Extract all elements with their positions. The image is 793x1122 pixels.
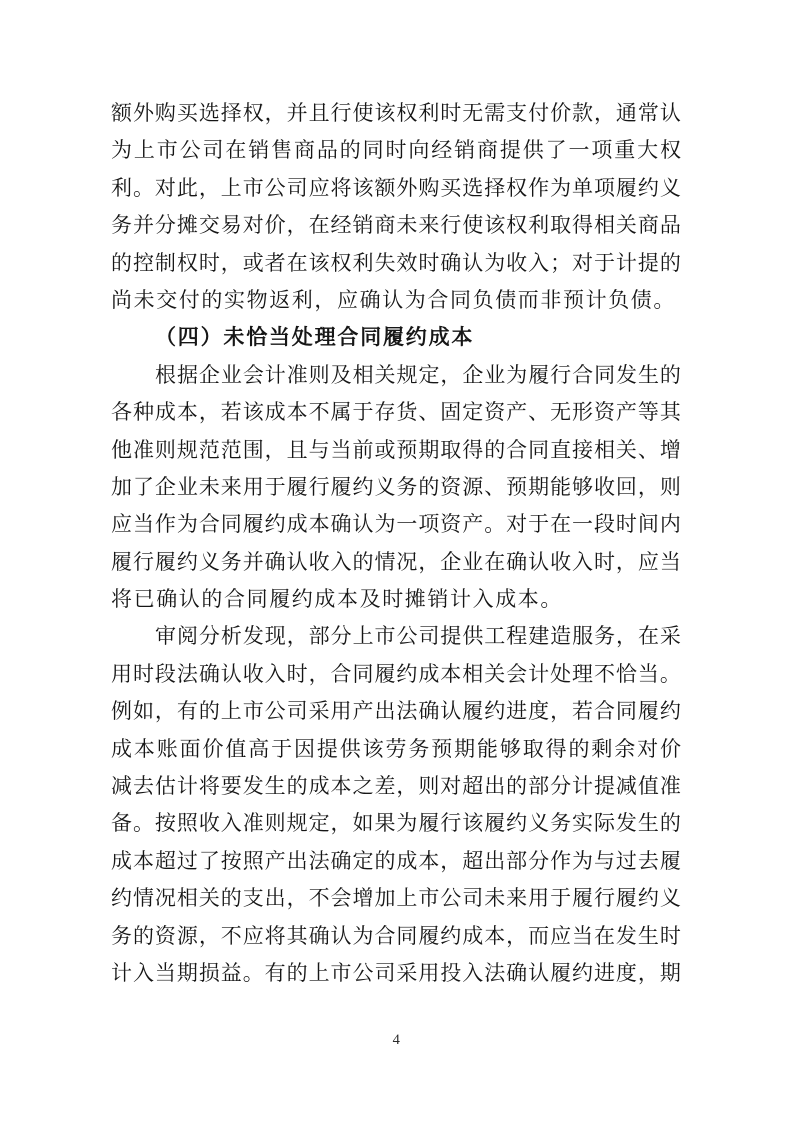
text-line: 约情况相关的支出，不会增加上市公司未来用于履行履约义 — [111, 880, 681, 917]
section-heading: （四）未恰当处理合同履约成本 — [111, 319, 681, 356]
text-line: 将已确认的合同履约成本及时摊销计入成本。 — [111, 581, 681, 618]
text-line: 各种成本，若该成本不属于存货、固定资产、无形资产等其 — [111, 394, 681, 431]
text-line: 审阅分析发现，部分上市公司提供工程建造服务，在采 — [111, 618, 681, 655]
text-line: 减去估计将要发生的成本之差，则对超出的部分计提减值准 — [111, 768, 681, 805]
text-line: 例如，有的上市公司采用产出法确认履约进度，若合同履约 — [111, 693, 681, 730]
text-line: 计入当期损益。有的上市公司采用投入法确认履约进度，期 — [111, 955, 681, 992]
text-line: 应当作为合同履约成本确认为一项资产。对于在一段时间内 — [111, 506, 681, 543]
text-line: 加了企业未来用于履行履约义务的资源、预期能够收回，则 — [111, 469, 681, 506]
text-line: 尚未交付的实物返利，应确认为合同负债而非预计负债。 — [111, 282, 681, 319]
text-line: 他准则规范范围，且与当前或预期取得的合同直接相关、增 — [111, 432, 681, 469]
text-line: 成本账面价值高于因提供该劳务预期能够取得的剩余对价 — [111, 731, 681, 768]
text-line: 备。按照收入准则规定，如果为履行该履约义务实际发生的 — [111, 805, 681, 842]
text-line: 务并分摊交易对价，在经销商未来行使该权利取得相关商品 — [111, 207, 681, 244]
text-line: 履行履约义务并确认收入的情况，企业在确认收入时，应当 — [111, 544, 681, 581]
text-line: 根据企业会计准则及相关规定，企业为履行合同发生的 — [111, 357, 681, 394]
document-body: 额外购买选择权，并且行使该权利时无需支付价款，通常认为上市公司在销售商品的同时向… — [111, 95, 681, 992]
document-page: 额外购买选择权，并且行使该权利时无需支付价款，通常认为上市公司在销售商品的同时向… — [0, 0, 793, 1122]
text-line: 的控制权时，或者在该权利失效时确认为收入；对于计提的 — [111, 245, 681, 282]
text-line: 成本超过了按照产出法确定的成本，超出部分作为与过去履 — [111, 843, 681, 880]
text-line: 利。对此，上市公司应将该额外购买选择权作为单项履约义 — [111, 170, 681, 207]
text-line: 务的资源，不应将其确认为合同履约成本，而应当在发生时 — [111, 918, 681, 955]
text-line: 额外购买选择权，并且行使该权利时无需支付价款，通常认 — [111, 95, 681, 132]
page-footer: 4 — [0, 1031, 793, 1049]
page-number: 4 — [393, 1032, 401, 1048]
text-line: 为上市公司在销售商品的同时向经销商提供了一项重大权 — [111, 132, 681, 169]
text-line: 用时段法确认收入时，合同履约成本相关会计处理不恰当。 — [111, 656, 681, 693]
